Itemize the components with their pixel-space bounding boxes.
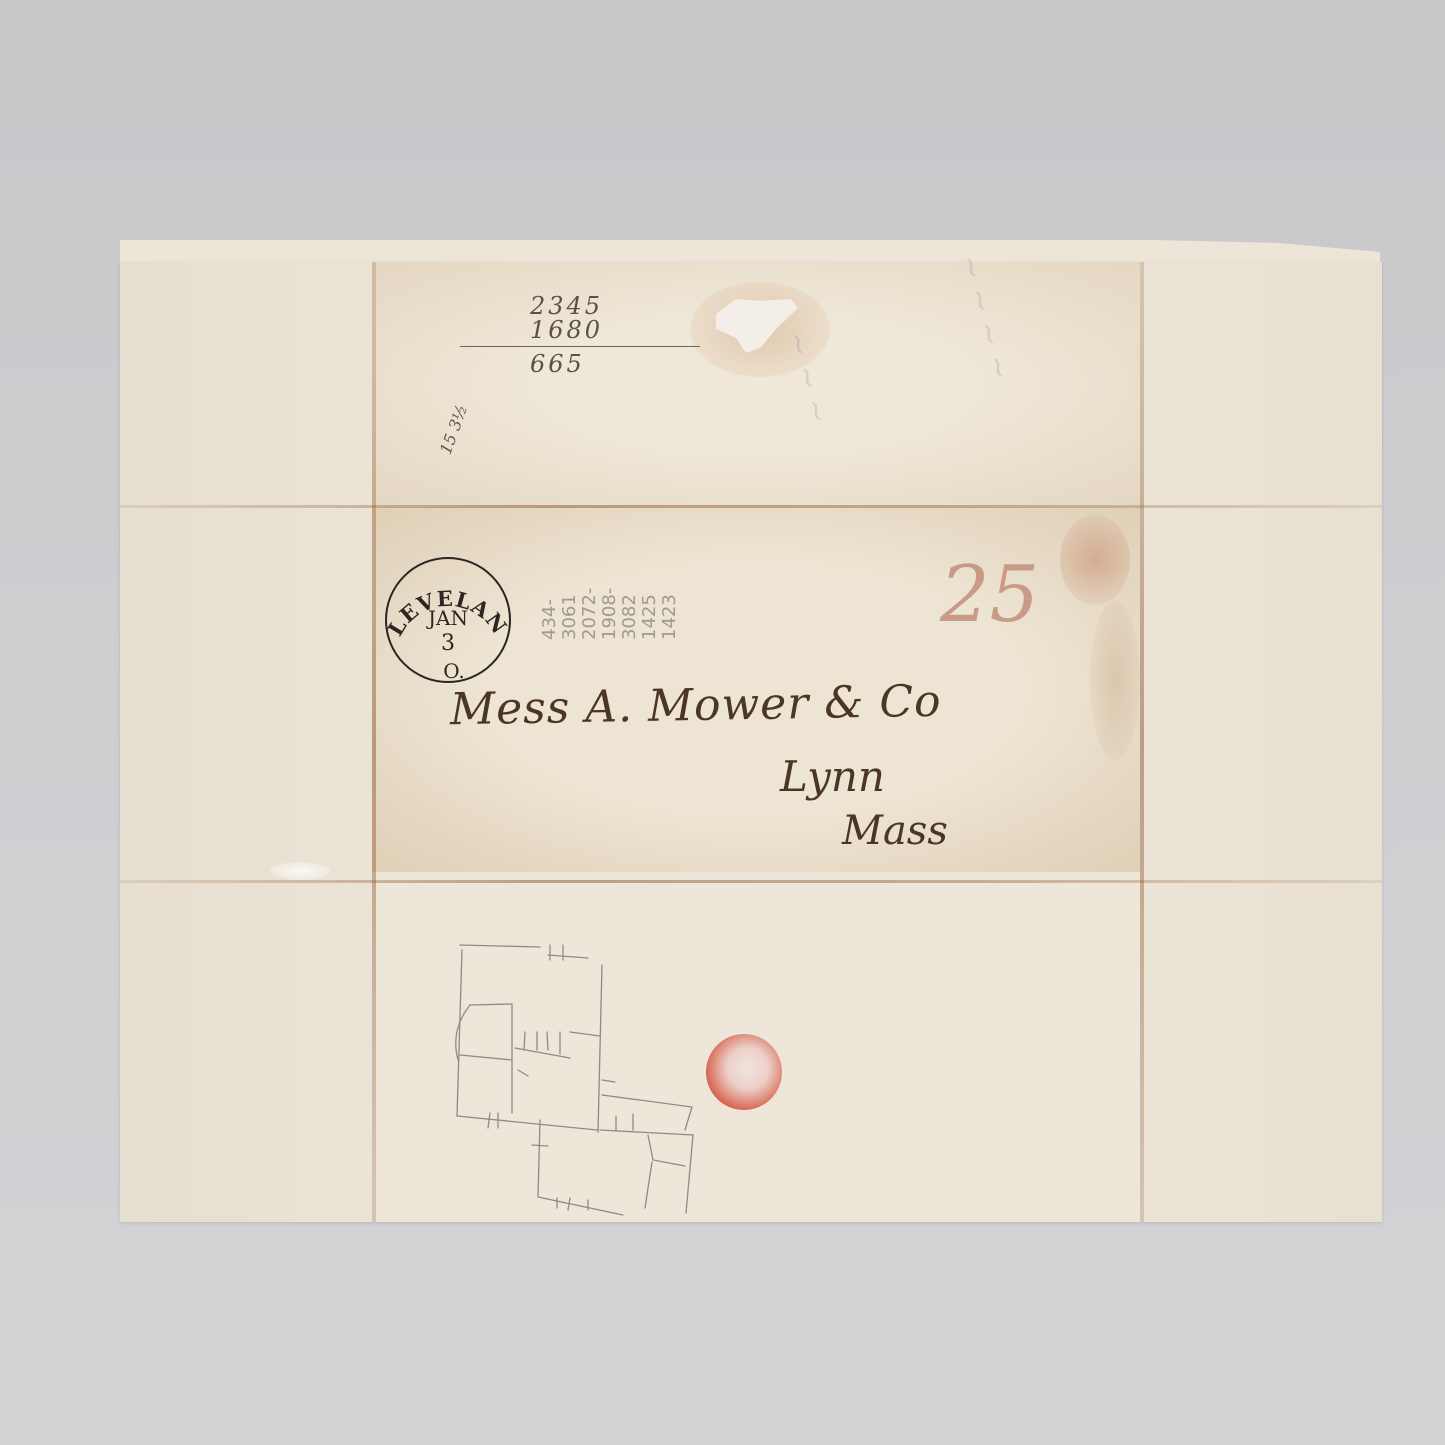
calc-result: 665: [530, 352, 603, 376]
pencil-figure: 1423: [660, 588, 680, 640]
pencil-figure: 3082: [620, 588, 640, 640]
fold-line: [372, 262, 376, 1222]
calc-line-2: 1680: [530, 318, 603, 342]
postmark-day: 3: [441, 631, 455, 656]
left-flap: [120, 262, 372, 1222]
address-city: Lynn: [780, 752, 885, 801]
address-state: Mass: [842, 808, 948, 854]
calc-line-1: 2345: [530, 294, 603, 318]
fold-line: [120, 880, 1382, 883]
pencil-figures: 434- 3061 2072- 1908- 3082 1425 1423: [540, 588, 680, 640]
postmark-month: JAN: [426, 606, 468, 630]
pencil-figure: 2072-: [580, 588, 600, 640]
pencil-figure: 1908-: [600, 588, 620, 640]
pencil-figure: 434-: [540, 588, 560, 640]
pencil-figure: 3061: [560, 588, 580, 640]
fold-line: [1140, 262, 1144, 1222]
paper-tear: [270, 862, 330, 880]
calc-rule: [460, 346, 700, 347]
pencil-floor-plan-sketch: [440, 930, 710, 1230]
cleveland-postmark: CLEVELAND JAN 3 O.: [378, 550, 518, 690]
water-stain: [1060, 515, 1130, 605]
addressee: Mess A. Mower & Co: [450, 676, 942, 736]
fold-line: [120, 505, 1382, 508]
pencil-figure: 1425: [640, 588, 660, 640]
postmark-state: O.: [443, 659, 465, 683]
right-flap: [1140, 262, 1382, 1222]
water-stain: [1090, 600, 1140, 760]
docket-calculation: 2345 1680 665: [530, 294, 603, 376]
wax-seal: [706, 1034, 782, 1110]
manuscript-rate: 25: [940, 550, 1039, 640]
